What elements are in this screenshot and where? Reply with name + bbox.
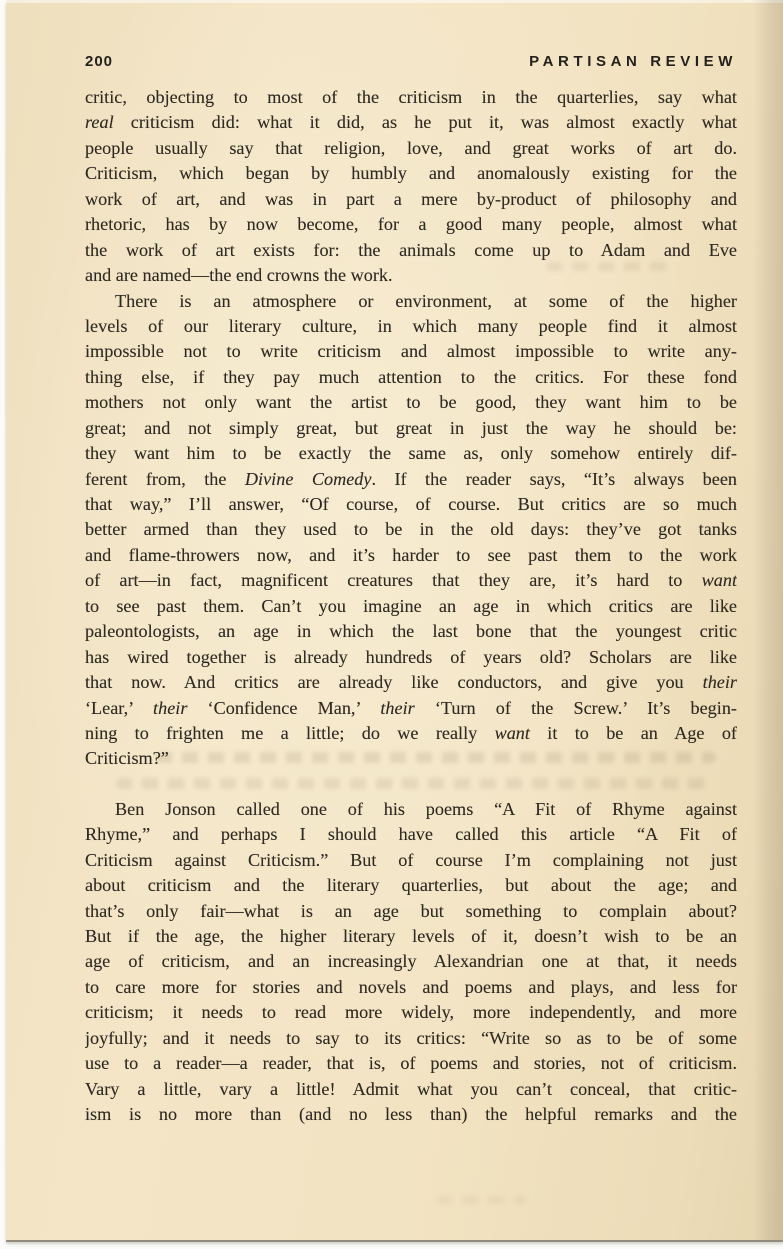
text-line: real criticism did: what it did, as he p…	[85, 110, 737, 135]
text-line: Criticism, which began by humbly and ano…	[85, 161, 737, 186]
page-content: 200 PARTISAN REVIEW critic, objecting to…	[85, 0, 737, 1240]
text-line: and are named—the end crowns the work.	[85, 263, 737, 288]
paragraph: Ben Jonson called one of his poems “A Fi…	[85, 797, 737, 1128]
text-line: ‘Lear,’ their ‘Confidence Man,’ their ‘T…	[85, 696, 737, 721]
text-line: ferent from, the Divine Comedy. If the r…	[85, 467, 737, 492]
text-line: to care more for stories and novels and …	[85, 975, 737, 1000]
text-line: people usually say that religion, love, …	[85, 136, 737, 161]
text-line: they want him to be exactly the same as,…	[85, 441, 737, 466]
text-line: about criticism and the literary quarter…	[85, 873, 737, 898]
text-line: paleontologists, an age in which the las…	[85, 619, 737, 644]
text-line: of art—in fact, magnificent creatures th…	[85, 568, 737, 593]
text-line: has wired together is already hundreds o…	[85, 645, 737, 670]
text-line: better armed than they used to be in the…	[85, 517, 737, 542]
scanned-page: 200 PARTISAN REVIEW critic, objecting to…	[6, 0, 783, 1240]
text-line: use to a reader—a reader, that is, of po…	[85, 1051, 737, 1076]
text-line: rhetoric, has by now become, for a good …	[85, 212, 737, 237]
text-line: joyfully; and it needs to say to its cri…	[85, 1026, 737, 1051]
text-line: mothers not only want the artist to be g…	[85, 390, 737, 415]
text-line: Criticism against Criticism.” But of cou…	[85, 848, 737, 873]
text-line: to see past them. Can’t you imagine an a…	[85, 594, 737, 619]
text-line: There is an atmosphere or environment, a…	[85, 289, 737, 314]
text-line: that’s only fair—what is an age but some…	[85, 899, 737, 924]
paragraph: critic, objecting to most of the critici…	[85, 85, 737, 289]
text-line: Ben Jonson called one of his poems “A Fi…	[85, 797, 737, 822]
text-line: Criticism?”	[85, 746, 737, 771]
text-line: But if the age, the higher literary leve…	[85, 924, 737, 949]
paragraph: There is an atmosphere or environment, a…	[85, 289, 737, 772]
text-line: levels of our literary culture, in which…	[85, 314, 737, 339]
text-line: the work of art exists for: the animals …	[85, 238, 737, 263]
text-line: Rhyme,” and perhaps I should have called…	[85, 822, 737, 847]
article-body: critic, objecting to most of the critici…	[85, 85, 737, 1128]
text-line: critic, objecting to most of the critici…	[85, 85, 737, 110]
text-line: that now. And critics are already like c…	[85, 670, 737, 695]
journal-title: PARTISAN REVIEW	[529, 53, 737, 70]
text-line: great; and not simply great, but great i…	[85, 416, 737, 441]
text-line: thing else, if they pay much attention t…	[85, 365, 737, 390]
page-edge-shadow	[753, 0, 783, 1240]
text-line: and flame-throwers now, and it’s harder …	[85, 543, 737, 568]
text-line: that way,” I’ll answer, “Of course, of c…	[85, 492, 737, 517]
text-line: ning to frighten me a little; do we real…	[85, 721, 737, 746]
text-line: age of criticism, and an increasingly Al…	[85, 949, 737, 974]
text-line: ism is no more than (and no less than) t…	[85, 1102, 737, 1127]
text-line: Vary a little, vary a little! Admit what…	[85, 1077, 737, 1102]
text-line: work of art, and was in part a mere by-p…	[85, 187, 737, 212]
page-number: 200	[85, 53, 113, 70]
text-line: criticism; it needs to read more widely,…	[85, 1000, 737, 1025]
running-head: 200 PARTISAN REVIEW	[85, 0, 737, 70]
text-line: impossible not to write criticism and al…	[85, 339, 737, 364]
